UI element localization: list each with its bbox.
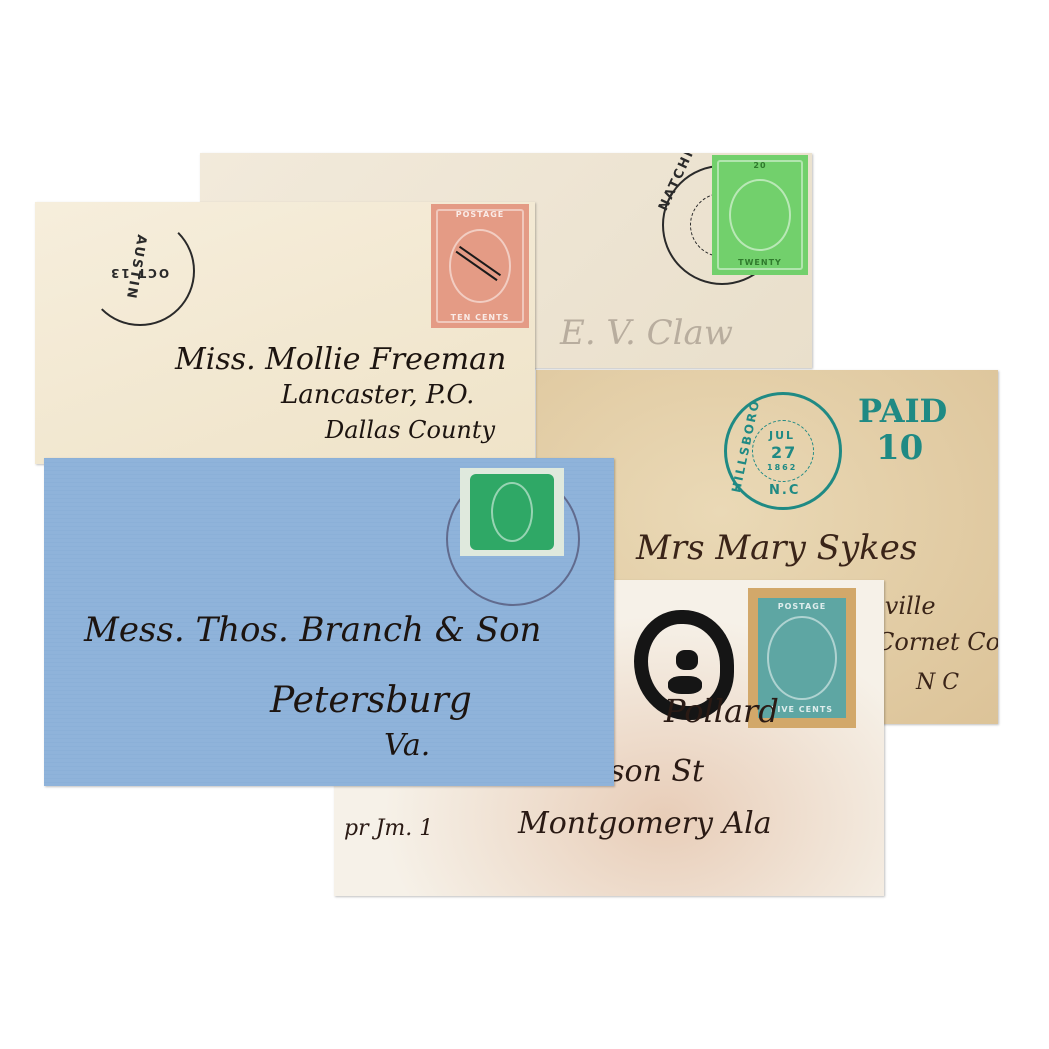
stamp-20-cents-green: 20 TWENTY — [712, 155, 808, 275]
address-line: Va. — [384, 728, 430, 763]
address-line: N C — [916, 670, 959, 695]
address-line: Mess. Thos. Branch & Son — [84, 610, 541, 650]
cover-petersburg: Mess. Thos. Branch & Son Petersburg Va. — [44, 458, 614, 786]
postmark-year: 1862 — [767, 463, 797, 472]
stamp-denomination: 20 — [712, 161, 808, 170]
postmark-hillsboro: HILLSBORO JUL 27 1862 N.C — [724, 392, 842, 510]
postmark-austin: AUSTIN OCT 13 — [85, 216, 195, 326]
stamp-10-cents-rose: POSTAGE TEN CENTS — [431, 204, 529, 328]
address-line: Cornet Co — [876, 628, 998, 656]
address-line: Petersburg — [270, 680, 472, 721]
rate-handstamp: 10 — [876, 428, 923, 468]
cover-austin: AUSTIN OCT 13 POSTAGE TEN CENTS Miss. Mo… — [35, 202, 535, 464]
paid-handstamp: PAID — [858, 392, 947, 430]
side-note: pr Jm. 1 — [344, 816, 433, 841]
stamp-label-top: POSTAGE — [431, 210, 529, 219]
address-line: Miss. Mollie Freeman — [175, 342, 506, 377]
postmark-day: 27 — [771, 443, 797, 462]
address-line: Montgomery Ala — [518, 806, 772, 841]
postmark-month: JUL — [769, 429, 795, 442]
stamp-label-top: POSTAGE — [748, 602, 856, 611]
address-line: Lancaster, P.O. — [281, 380, 474, 410]
address-line: E. V. Claw — [560, 313, 733, 353]
address-line: Pollard — [664, 692, 779, 730]
postmark-date: OCT 13 — [109, 266, 169, 280]
address-line: Mrs Mary Sykes — [636, 528, 917, 568]
postmark-state: N.C — [769, 483, 800, 498]
address-line: Dallas County — [325, 416, 495, 444]
stamp-10-cents-green — [460, 468, 564, 556]
stamp-label-bottom: TEN CENTS — [431, 313, 529, 322]
stamp-label-bottom: TWENTY — [712, 258, 808, 267]
